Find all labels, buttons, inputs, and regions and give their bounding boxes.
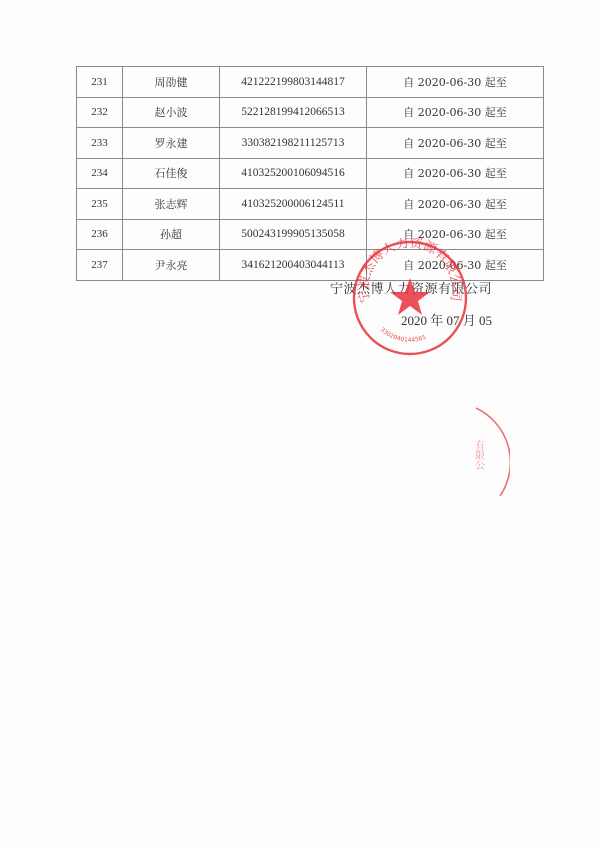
document-page: 231周劭健421222199803144817自 2020-06-30 起至2…: [0, 0, 600, 848]
id-number: 410325200106094516: [220, 158, 367, 189]
employee-name: 孙超: [123, 219, 220, 250]
period-start: 自 2020-06-30 起至: [367, 189, 544, 220]
id-number: 341621200403044113: [220, 250, 367, 281]
employee-name: 尹永亮: [123, 250, 220, 281]
svg-text:3302040144565: 3302040144565: [379, 326, 428, 344]
id-number: 421222199803144817: [220, 67, 367, 98]
table-row: 232赵小波522128199412066513自 2020-06-30 起至: [77, 97, 544, 128]
row-number: 231: [77, 67, 123, 98]
table-row: 234石佳俊410325200106094516自 2020-06-30 起至: [77, 158, 544, 189]
row-number: 237: [77, 250, 123, 281]
table-row: 237尹永亮341621200403044113自 2020-06-30 起至: [77, 250, 544, 281]
period-start: 自 2020-06-30 起至: [367, 67, 544, 98]
period-start: 自 2020-06-30 起至: [367, 158, 544, 189]
row-number: 235: [77, 189, 123, 220]
employee-name: 石佳俊: [123, 158, 220, 189]
svg-text:有限公: 有限公: [473, 439, 485, 471]
period-start: 自 2020-06-30 起至: [367, 97, 544, 128]
employee-table: 231周劭健421222199803144817自 2020-06-30 起至2…: [76, 66, 544, 281]
row-number: 236: [77, 219, 123, 250]
row-number: 233: [77, 128, 123, 159]
id-number: 500243199905135058: [220, 219, 367, 250]
row-number: 232: [77, 97, 123, 128]
employee-name: 张志辉: [123, 189, 220, 220]
period-start: 自 2020-06-30 起至: [367, 128, 544, 159]
table-row: 235张志辉410325200006124511自 2020-06-30 起至: [77, 189, 544, 220]
table-row: 236孙超500243199905135058自 2020-06-30 起至: [77, 219, 544, 250]
employee-name: 赵小波: [123, 97, 220, 128]
employee-name: 周劭健: [123, 67, 220, 98]
table-row: 231周劭健421222199803144817自 2020-06-30 起至: [77, 67, 544, 98]
id-number: 522128199412066513: [220, 97, 367, 128]
id-number: 410325200006124511: [220, 189, 367, 220]
edge-seal-icon: 有限公: [470, 400, 510, 510]
table-row: 233罗永建330382198211125713自 2020-06-30 起至: [77, 128, 544, 159]
row-number: 234: [77, 158, 123, 189]
id-number: 330382198211125713: [220, 128, 367, 159]
company-seal-icon: 宁波杰博人力资源有限公司 3302040144565: [350, 238, 470, 358]
employee-name: 罗永建: [123, 128, 220, 159]
